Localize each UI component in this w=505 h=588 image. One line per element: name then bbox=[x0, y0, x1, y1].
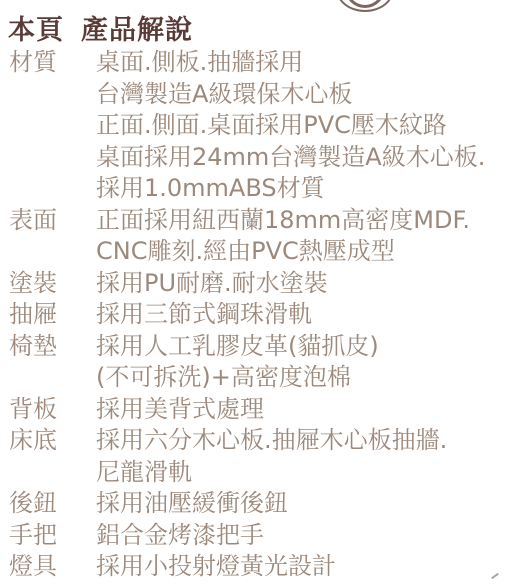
spec-line: (不可拆洗)+高密度泡棉 bbox=[96, 362, 505, 394]
spec-row: 材質 桌面.側板.抽牆採用台灣製造A級環保木心板正面.側面.桌面採用PVC壓木紋… bbox=[0, 47, 505, 205]
spec-row: 手把 鋁合金烤漆把手 bbox=[0, 520, 505, 552]
spec-row: 塗裝 採用PU耐磨.耐水塗裝 bbox=[0, 268, 505, 300]
product-spec-page: 本頁產品解說 材質 桌面.側板.抽牆採用台灣製造A級環保木心板正面.側面.桌面採… bbox=[0, 0, 505, 588]
spec-row: 抽屜 採用三節式鋼珠滑軌 bbox=[0, 299, 505, 331]
spec-line: 採用三節式鋼珠滑軌 bbox=[96, 299, 505, 331]
spec-lines: 桌面.側板.抽牆採用台灣製造A級環保木心板正面.側面.桌面採用PVC壓木紋路桌面… bbox=[96, 47, 505, 205]
spec-line: 鋁合金烤漆把手 bbox=[96, 520, 505, 552]
spec-line: 採用PU耐磨.耐水塗裝 bbox=[96, 268, 505, 300]
spec-row: 椅墊 採用人工乳膠皮革(貓抓皮)(不可拆洗)+高密度泡棉 bbox=[0, 331, 505, 394]
spec-label: 椅墊 bbox=[0, 331, 96, 363]
spec-lines: 採用PU耐磨.耐水塗裝 bbox=[96, 268, 505, 300]
spec-lines: 鋁合金烤漆把手 bbox=[96, 520, 505, 552]
spec-line: 採用1.0mmABS材質 bbox=[96, 173, 505, 205]
spec-label: 後鈕 bbox=[0, 488, 96, 520]
spec-row: 背板 採用美背式處理 bbox=[0, 394, 505, 426]
spec-line: 採用油壓緩衝後鈕 bbox=[96, 488, 505, 520]
spec-line: 尼龍滑軌 bbox=[96, 457, 505, 489]
spec-row: 表面 正面採用紐西蘭18mm高密度MDF.CNC雕刻.經由PVC熱壓成型 bbox=[0, 205, 505, 268]
spec-lines: 採用小投射燈黃光設計 bbox=[96, 551, 505, 583]
partial-stamp-logo bbox=[334, 0, 398, 14]
spec-line: 採用人工乳膠皮革(貓抓皮) bbox=[96, 331, 505, 363]
spec-row: 後鈕 採用油壓緩衝後鈕 bbox=[0, 488, 505, 520]
spec-label: 抽屜 bbox=[0, 299, 96, 331]
spec-label: 背板 bbox=[0, 394, 96, 426]
spec-line: 採用六分木心板.抽屜木心板抽牆. bbox=[96, 425, 505, 457]
spec-line: 正面.側面.桌面採用PVC壓木紋路 bbox=[96, 110, 505, 142]
spec-lines: 採用六分木心板.抽屜木心板抽牆.尼龍滑軌 bbox=[96, 425, 505, 488]
spec-line: CNC雕刻.經由PVC熱壓成型 bbox=[96, 236, 505, 268]
page-title-text: 產品解說 bbox=[81, 15, 193, 46]
spec-row: 床底 採用六分木心板.抽屜木心板抽牆.尼龍滑軌 bbox=[0, 425, 505, 488]
spec-line: 正面採用紐西蘭18mm高密度MDF. bbox=[96, 205, 505, 237]
spec-label: 燈具 bbox=[0, 551, 96, 583]
spec-line: 採用美背式處理 bbox=[96, 394, 505, 426]
spec-line: 台灣製造A級環保木心板 bbox=[96, 79, 505, 111]
spec-lines: 採用美背式處理 bbox=[96, 394, 505, 426]
spec-lines: 採用人工乳膠皮革(貓抓皮)(不可拆洗)+高密度泡棉 bbox=[96, 331, 505, 394]
spec-lines: 正面採用紐西蘭18mm高密度MDF.CNC雕刻.經由PVC熱壓成型 bbox=[96, 205, 505, 268]
spec-label: 塗裝 bbox=[0, 268, 96, 300]
spec-label: 床底 bbox=[0, 425, 96, 457]
spec-line: 桌面.側板.抽牆採用 bbox=[96, 47, 505, 79]
spec-line: 採用小投射燈黃光設計 bbox=[96, 551, 505, 583]
spec-line: 桌面採用24mm台灣製造A級木心板. bbox=[96, 142, 505, 174]
spec-list: 材質 桌面.側板.抽牆採用台灣製造A級環保木心板正面.側面.桌面採用PVC壓木紋… bbox=[0, 47, 505, 583]
spec-label: 手把 bbox=[0, 520, 96, 552]
spec-lines: 採用三節式鋼珠滑軌 bbox=[96, 299, 505, 331]
spec-row: 燈具 採用小投射燈黃光設計 bbox=[0, 551, 505, 583]
spec-lines: 採用油壓緩衝後鈕 bbox=[96, 488, 505, 520]
page-title: 本頁產品解說 bbox=[8, 8, 193, 47]
spec-label: 表面 bbox=[0, 205, 96, 237]
spec-label: 材質 bbox=[0, 47, 96, 79]
page-title-section: 本頁 bbox=[8, 15, 64, 46]
